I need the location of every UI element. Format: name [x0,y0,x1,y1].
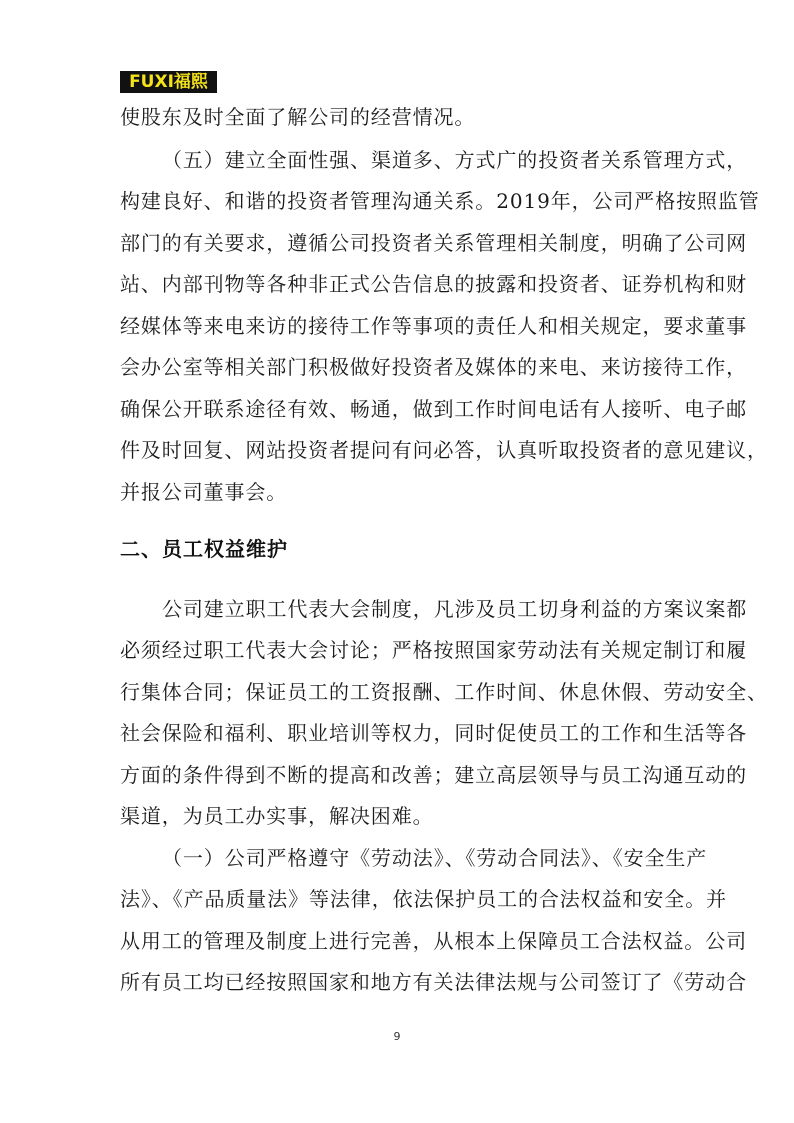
paragraph-line: 法》、《产品质量法》等法律，依法保护员工的合法权益和安全。并 [120,887,680,911]
paragraph-line: 构建良好、和谐的投资者管理沟通关系。2019年，公司严格按照监管 [120,189,680,213]
paragraph-line: 公司建立职工代表大会制度，凡涉及员工切身利益的方案议案都 [162,597,722,621]
paragraph-line: 所有员工均已经按照国家和地方有关法律法规与公司签订了《劳动合 [120,970,680,994]
paragraph-line: 并报公司董事会。 [120,480,680,504]
page-number: 9 [0,1030,794,1043]
paragraph-line: 件及时回复、网站投资者提问有问必答，认真听取投资者的意见建议， [120,438,680,462]
paragraph-line: 社会保险和福利、职业培训等权力，同时促使员工的工作和生活等各 [120,721,680,745]
paragraph-line: 方面的条件得到不断的提高和改善；建立高层领导与员工沟通互动的 [120,763,680,787]
paragraph-line: 必须经过职工代表大会讨论；严格按照国家劳动法有关规定制订和履 [120,638,680,662]
paragraph-line: 渠道，为员工办实事，解决困难。 [120,804,680,828]
paragraph-line: 部门的有关要求，遵循公司投资者关系管理相关制度，明确了公司网 [120,231,680,255]
paragraph-line: （五）建立全面性强、渠道多、方式广的投资者关系管理方式， [162,148,722,172]
paragraph-line: 确保公开联系途径有效、畅通，做到工作时间电话有人接听、电子邮 [120,397,680,421]
section-heading: 二、员工权益维护 [120,537,288,561]
paragraph-line: 会办公室等相关部门积极做好投资者及媒体的来电、来访接待工作， [120,355,680,379]
paragraph-line: 从用工的管理及制度上进行完善，从根本上保障员工合法权益。公司 [120,929,680,953]
company-logo: FUXI福熙 [120,71,217,93]
paragraph-line: 使股东及时全面了解公司的经营情况。 [120,105,680,129]
paragraph-line: 行集体合同；保证员工的工资报酬、工作时间、休息休假、劳动安全、 [120,680,680,704]
paragraph-line: 站、内部刊物等各种非正式公告信息的披露和投资者、证券机构和财 [120,272,680,296]
paragraph-line: 经媒体等来电来访的接待工作等事项的责任人和相关规定，要求董事 [120,314,680,338]
paragraph-line: （一）公司严格遵守《劳动法》、《劳动合同法》、《安全生产 [162,846,722,870]
